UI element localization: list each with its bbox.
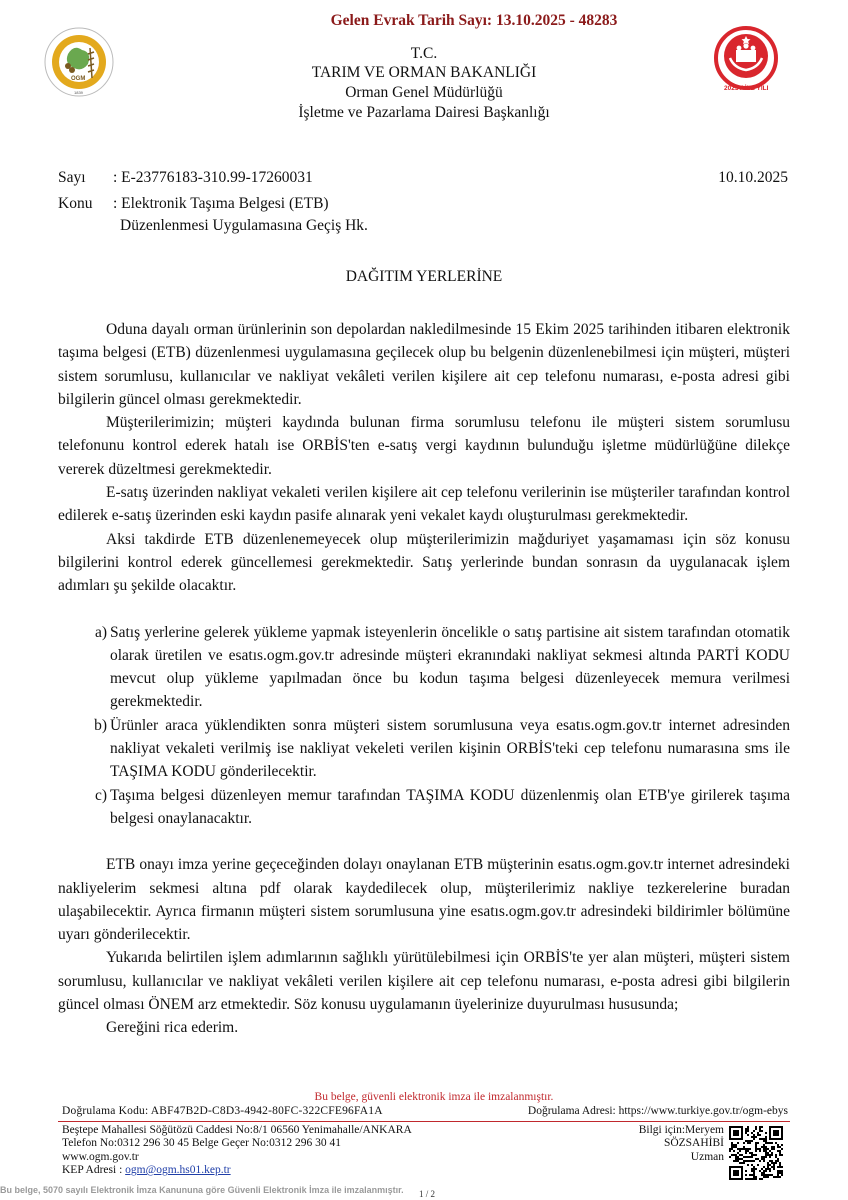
step-item: c)Taşıma belgesi düzenleyen memur tarafı… <box>58 784 790 831</box>
kep-label: KEP Adresi : <box>62 1164 125 1176</box>
contact-info: Bilgi için:Meryem SÖZSAHİBİ Uzman <box>639 1124 724 1164</box>
contact-title: Uzman <box>639 1151 724 1164</box>
konu-line-2: Düzenlenmesi Uygulamasına Geçiş Hk. <box>120 217 368 235</box>
closing-line: Gereğini rica ederim. <box>58 1016 790 1039</box>
e-signature-law-notice: Bu belge, 5070 sayılı Elektronik İmza Ka… <box>0 1185 404 1195</box>
sayi-label: Sayı <box>58 169 86 187</box>
org-line-directorate: Orman Genel Müdürlüğü <box>0 83 848 103</box>
footer-address-block: Beştepe Mahallesi Söğütözü Caddesi No:8/… <box>62 1124 412 1178</box>
letter-body: Oduna dayalı orman ürünlerinin son depol… <box>58 318 790 1040</box>
address-line: Beştepe Mahallesi Söğütözü Caddesi No:8/… <box>62 1124 412 1137</box>
body-paragraph: E-satış üzerinden nakliyat vekaleti veri… <box>58 481 790 528</box>
step-text: Taşıma belgesi düzenleyen memur tarafınd… <box>110 787 790 827</box>
contact-person: Bilgi için:Meryem <box>639 1124 724 1137</box>
step-marker: c) <box>95 784 107 807</box>
konu-label: Konu <box>58 195 92 213</box>
sayi-value: : E-23776183-310.99-17260031 <box>113 169 313 187</box>
org-line-tc: T.C. <box>0 44 848 64</box>
esignature-notice: Bu belge, güvenli elektronik imza ile im… <box>0 1091 848 1103</box>
recipient-heading: DAĞITIM YERLERİNE <box>0 268 848 286</box>
page-number: 1 / 2 <box>419 1189 435 1199</box>
phone-line: Telefon No:0312 296 30 45 Belge Geçer No… <box>62 1137 412 1150</box>
org-line-ministry: TARIM VE ORMAN BAKANLIĞI <box>0 63 848 83</box>
step-item: a)Satış yerlerine gelerek yükleme yapmak… <box>58 621 790 714</box>
verification-address[interactable]: Doğrulama Adresi: https://www.turkiye.go… <box>528 1105 788 1117</box>
step-item: b)Ürünler araca yüklendikten sonra müşte… <box>58 714 790 784</box>
body-paragraph: Müşterilerimizin; müşteri kaydında bulun… <box>58 411 790 481</box>
procedure-steps: a)Satış yerlerine gelerek yükleme yapmak… <box>58 621 790 831</box>
document-date: 10.10.2025 <box>718 169 788 187</box>
org-line-department: İşletme ve Pazarlama Dairesi Başkanlığı <box>0 103 848 123</box>
contact-name: SÖZSAHİBİ <box>639 1137 724 1150</box>
body-paragraph: Aksi takdirde ETB düzenlenemeyecek olup … <box>58 528 790 598</box>
body-paragraph: Oduna dayalı orman ürünlerinin son depol… <box>58 318 790 411</box>
footer-divider <box>58 1121 790 1122</box>
step-marker: b) <box>94 714 107 737</box>
qr-code-icon <box>729 1126 783 1180</box>
website-link[interactable]: www.ogm.gov.tr <box>62 1151 412 1164</box>
kep-line: KEP Adresi : ogm@ogm.hs01.kep.tr <box>62 1164 412 1177</box>
body-paragraph: ETB onayı imza yerine geçeceğinden dolay… <box>58 853 790 946</box>
step-text: Satış yerlerine gelerek yükleme yapmak i… <box>110 624 790 711</box>
verification-code: Doğrulama Kodu: ABF47B2D-C8D3-4942-80FC-… <box>62 1105 383 1117</box>
konu-line-1: : Elektronik Taşıma Belgesi (ETB) <box>113 195 329 213</box>
step-text: Ürünler araca yüklendikten sonra müşteri… <box>110 717 790 781</box>
body-paragraph: Yukarıda belirtilen işlem adımlarının sa… <box>58 946 790 1016</box>
step-marker: a) <box>95 621 107 644</box>
kep-address-link[interactable]: ogm@ogm.hs01.kep.tr <box>125 1164 230 1176</box>
